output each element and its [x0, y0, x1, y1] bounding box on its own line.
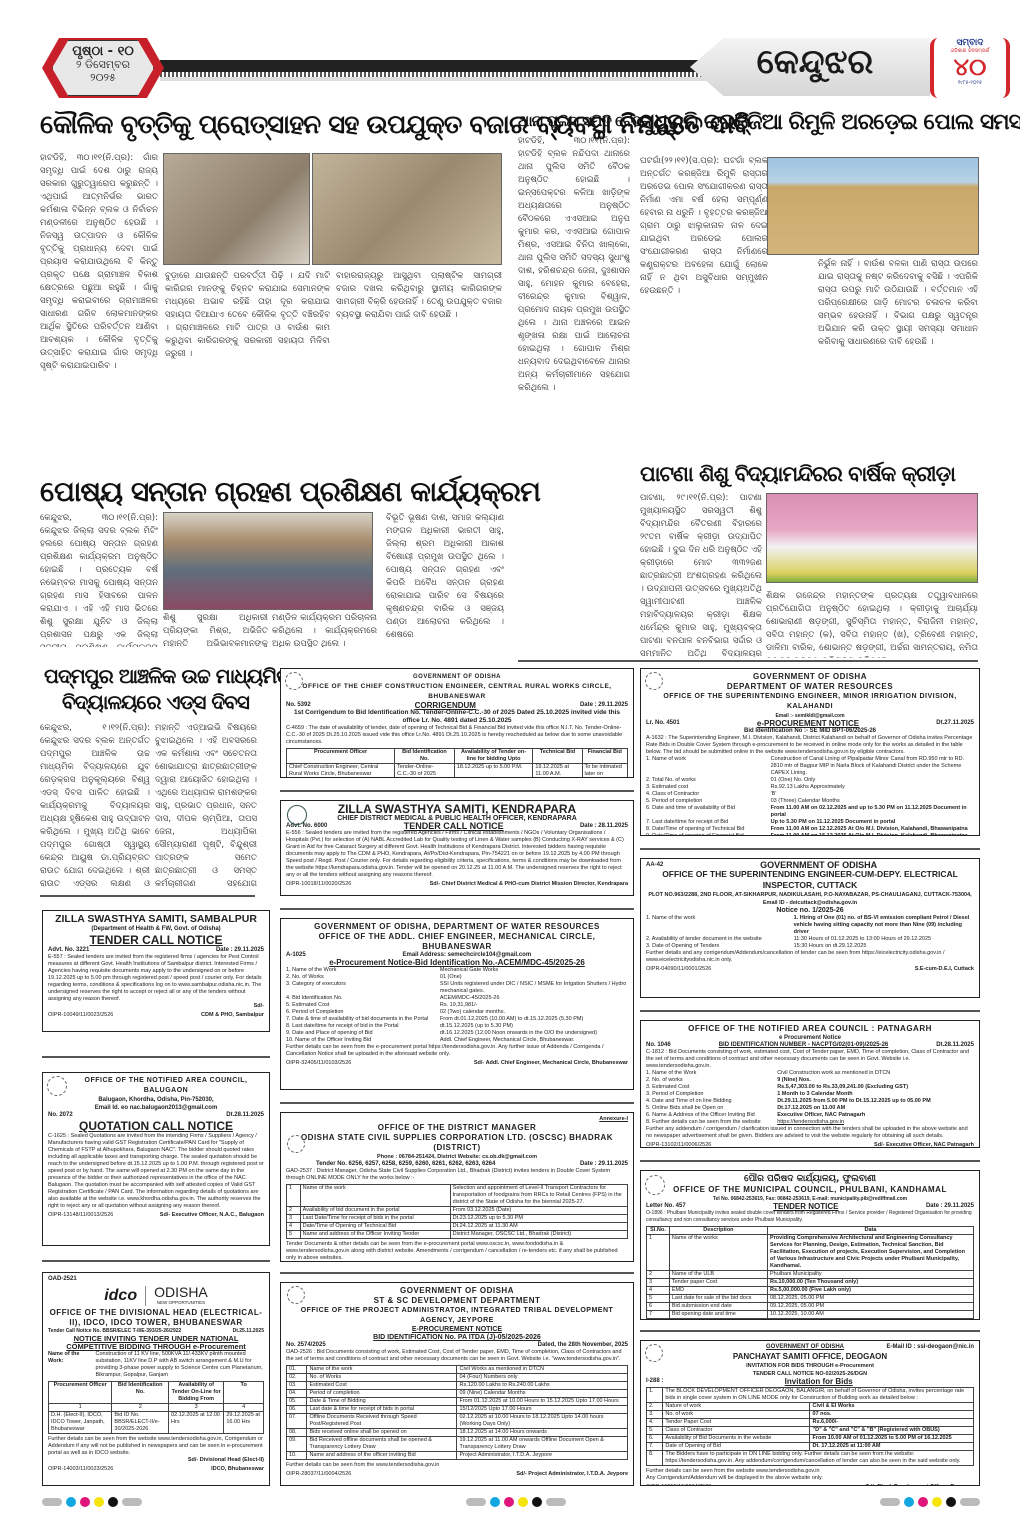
ad-work: Construction of 11 KV line, 500KVA 11/.4… — [96, 1351, 264, 1379]
logo-divider — [145, 1286, 146, 1306]
td: 2 — [647, 1271, 670, 1279]
article-kaulika-col3: ବାହାରରାଜ୍ୟରୁ ଆସୁଥିବା ପ୍ଲାଷ୍ଟିକ ସାମଗ୍ରୀ ବ… — [336, 270, 502, 462]
photo-bridge-road — [767, 157, 979, 255]
grey-mark — [960, 1498, 980, 1506]
td: 3 — [647, 1279, 670, 1287]
td: 05. — [287, 1398, 307, 1406]
td: Availability of bid document in the port… — [300, 1207, 450, 1215]
divider-right-4 — [640, 1330, 980, 1332]
ad-date: Dt.28.11.2025 — [226, 1112, 264, 1119]
ad-annex: Annexure-I — [286, 1116, 628, 1123]
kv-key: 6. Date and time of availability of Bid — [646, 805, 771, 819]
odisha-logo-text: ODISHA — [154, 1285, 208, 1299]
cyan-dot — [904, 1497, 914, 1507]
th: Technical Bid — [533, 749, 582, 764]
ad-date: Date : 29.11.2025 — [926, 1203, 974, 1210]
td: Name and address of the officer inviting… — [307, 1452, 457, 1460]
td: 09 (Nine) Calendar Months — [457, 1390, 628, 1398]
td: 4 — [647, 1287, 670, 1295]
td: 06. — [287, 1406, 307, 1414]
ad-office-line: PANCHAYAT SAMITI OFFICE, DEOGAON — [646, 1351, 974, 1362]
td: Name of the work — [300, 1185, 450, 1207]
ad-title: E-PROCUREMENT NOTICE — [286, 1326, 628, 1334]
kv-key: 2. No. of works — [646, 1077, 777, 1084]
ad-date: Dt.27.11.2025 — [936, 720, 974, 727]
ad-body: O-1896 : Phulbani Municipality invites s… — [646, 1210, 974, 1224]
td: 3 — [169, 1404, 224, 1412]
photo-training-hall — [163, 512, 373, 610]
article-kaulika-col1: ହାଟଡିହି, ୩୦।୧୧(ନି.ପ୍ର): ଗାଁର ସମୃଦ୍ଧି ପାଇ… — [40, 152, 158, 462]
grey-mark — [880, 1498, 900, 1506]
ad-title: TENDER NOTICE — [773, 1203, 838, 1210]
ad-subtitle: 1st Corrigendum to Bid Identification No… — [286, 709, 628, 725]
article-aids-day-col2: ମହାନ୍ତି ଏଡ୍‌ଆଇଭି ବିଷୟରେ ବୁଝାଇଥିଲେ । ଏହି … — [155, 722, 257, 892]
ad-sign: CDM & PHO, Sambalpur — [201, 1012, 264, 1019]
kv-val: Civil Construction work as mentioned in … — [777, 1070, 974, 1077]
kv-val: 'B' — [771, 791, 974, 798]
td: From 10.00 AM of 01.12.2025 to 5.00 PM o… — [810, 1435, 974, 1443]
kv-val: 02 (Two) calendar months. — [440, 1009, 628, 1016]
ad-office-line: OFFICE OF THE ADDL. CHIEF ENGINEER, MECH… — [286, 932, 628, 952]
article-adoption-col1: କେନ୍ଦୁଝର, ୩୦।୧୧(ନି.ପ୍ର): କେନ୍ଦୁଝର ଜିଲ୍ଲା… — [40, 512, 158, 647]
ad-title: Invitation for Bids — [785, 1378, 853, 1385]
divider-right-2 — [640, 1010, 980, 1012]
td: 5 — [647, 1295, 670, 1303]
td: Rs.5,00,000.00 (Five Lakh only) — [767, 1287, 973, 1295]
ad-idco-table: Procurement OfficerBid Identification No… — [48, 1381, 264, 1434]
headline-aids-day-line2: ବିଦ୍ୟାଳୟରେ ଏଡ୍‌ସ ଦିବସ — [62, 690, 249, 714]
kv-key: 1. Name of the Work — [646, 1070, 777, 1077]
ad-office-line: OFFICE OF THE PROJECT ADMINISTRATOR, INT… — [286, 1306, 628, 1326]
td: 04. — [287, 1390, 307, 1398]
ad-corp-line: ODISHA STATE CIVIL SUPPLIES CORPORATION … — [286, 1133, 628, 1153]
td: 15/12/2025 Upto 17.00 Hours — [457, 1406, 628, 1414]
article-adoption-col4: ମଣ୍ଡିଳ କାର୍ଯ୍ୟକ୍ରମ ପରିଚାଳନା କରିଥିଲେ । କା… — [272, 612, 377, 647]
ad-tender-no: Tender No. 6256, 6257, 6258, 6259, 6260,… — [316, 1161, 495, 1168]
ad-nac-patnagarh: OFFICE OF THE NOTIFIED AREA COUNCIL : PA… — [640, 1020, 980, 1148]
td: Nature of work — [663, 1403, 810, 1411]
kv-key: 4. Bid Identification No. — [286, 995, 440, 1002]
headline-aids-day-line1: ପଦ୍ମପୁର ଆଞ୍ଚଳିକ ଉଚ୍ଚ ମାଧ୍ୟମିକ — [44, 664, 290, 688]
ad-items: 1. Name of workConstruction of Canal Lin… — [646, 756, 974, 836]
kv-val: 01 (One) — [440, 974, 628, 981]
td: From 03.12.2025 (Date) — [450, 1207, 627, 1215]
kv-key: 6. Period of Completion — [286, 1009, 440, 1016]
article-adoption-col2: ଶିଶୁ ସୁରକ୍ଷା ଅଧିକାରୀ ପ୍ରିୟଙ୍କା ମିଶ୍ର, ଅଭ… — [163, 612, 268, 647]
td: Dt.24.12.2025 at 11.30 AM — [450, 1223, 627, 1231]
kv-val: Mechanical Gate Works — [440, 967, 628, 974]
kv-key: 9. Date and Place of opening of Bid — [286, 1030, 440, 1037]
ad-title: e-Procurement Notice-Bid Identification … — [286, 959, 628, 967]
ad-ref: A-1025 — [286, 952, 306, 959]
ad-gov-line: GOVERNMENT OF ODISHA — [760, 862, 877, 869]
td: Name of the ULB — [669, 1271, 767, 1279]
ad-title: CORRIGENDUM — [415, 702, 476, 709]
ad-bid-id: BID IDENTIFICATION NUMBER - NACPTG/02(01… — [719, 1042, 889, 1049]
ad-ref: AA-42 — [646, 862, 663, 869]
ad-sign: District Mission Director, Kendrapara — [531, 881, 628, 887]
td: Last date & time for receipt of bids in … — [307, 1406, 457, 1414]
ad-oscsc-table: 1Name of the workSelection and appointme… — [286, 1184, 628, 1239]
ad-address: Balugaon, Khordha, Odisha, Pin-752030, — [48, 1096, 264, 1104]
td: No. of work — [663, 1411, 810, 1419]
grey-mark — [42, 1498, 62, 1506]
ad-body: E-556 : Sealed tenders are invited from … — [286, 830, 628, 879]
kv-key: 6. Name & Address of the Officer Invitin… — [646, 1112, 777, 1119]
ad-sub1: INVITATION FOR BIDS THROUGH e-Procuremen… — [646, 1362, 974, 1370]
td: 5. — [647, 1427, 663, 1435]
ad-oipr: OIPR-13102/11/0006/2526 — [646, 1142, 711, 1148]
kv-val: Executive Officer, NAC Patnagarh — [777, 1112, 974, 1119]
ad-items: 1. Name of the WorkMechanical Gate Works… — [286, 967, 628, 1044]
ad-gov-line: GOVERNMENT OF ODISHA — [286, 1286, 628, 1296]
th: Procurement Officer — [49, 1382, 112, 1404]
magenta-dot — [504, 1497, 514, 1507]
td: Tender Paper Cost — [663, 1419, 810, 1427]
kv-val: Rs.5,47,303.00 to Rs.33,09,241.00 (Exclu… — [777, 1084, 974, 1091]
td: 2 — [287, 1207, 301, 1215]
divider-mid-4 — [280, 1272, 634, 1274]
ad-title: e-PROCUREMENT NOTICE — [757, 720, 859, 727]
registration-marks-center — [466, 1497, 566, 1507]
td: Date/Time of Opening of Technical Bid — [300, 1223, 450, 1231]
td: Executive Officer, Phulbani Municipality — [767, 1319, 973, 1321]
ad-office-line: OFFICE OF THE SUPERINTENDING ENGINEER-CU… — [646, 869, 974, 891]
kv-val: SSI Units registered under DIC / NSIC / … — [440, 981, 628, 995]
kv-key: 5. Online Bids shall be Open on — [646, 1105, 777, 1112]
ad-oipr: OIPR-13148/11/0013/2526 — [48, 1212, 113, 1219]
ad-office-line: OFFICE OF THE DISTRICT MANAGER — [286, 1123, 628, 1133]
td: Offline Documents Received through Speed… — [307, 1414, 457, 1429]
kv-val: Rs. 19,31,981/- — [440, 1002, 628, 1009]
td: 7. — [647, 1443, 663, 1451]
td: 09.12.2025, 05.00 PM — [767, 1303, 973, 1311]
td: 19.12.2025 at 11.00 AM onwards Offline D… — [457, 1437, 628, 1452]
article-police-meeting-body: ହାଟଡିହି, ୩୦।୧୧(ନି.ପ୍ର): ହାଟଡିହି ବ୍ଲକ ନନ୍… — [518, 135, 630, 650]
photo-bamboo-weaving — [312, 153, 502, 265]
td: Availability of Bid Documents in the web… — [663, 1435, 810, 1443]
kv-val: 1 Month to 3 Calendar Month — [777, 1091, 974, 1098]
th: Availability of Tender On-Line for Biddi… — [169, 1382, 224, 1404]
kv-val: 15:30 Hours on dt.29.12.2025 — [794, 943, 974, 950]
td: 6 — [647, 1303, 670, 1311]
td: 29.12.2025 at 16.00 Hrs — [224, 1412, 264, 1434]
th: Description — [669, 1227, 767, 1235]
td: Name and address of bid inviting officer — [669, 1319, 767, 1321]
td: Name and address of the Officer Inviting… — [300, 1231, 450, 1239]
divider-mid-2 — [280, 908, 634, 910]
yellow-dot — [94, 1497, 104, 1507]
page-number: ପୃଷ୍ଠା - ୧୦ — [53, 45, 153, 58]
kv-val: 03 (Three) Calendar Months — [771, 798, 974, 805]
ad-date: Date : 29.11.2025 — [216, 947, 264, 954]
td: Rs.6,000/- — [810, 1419, 974, 1427]
ad-body: OAD-2526 : Bid Documents consisting of w… — [286, 1349, 628, 1363]
anniversary-years: ୧୯୮୫-୨୦୨୫ — [934, 80, 1006, 86]
ad-bid-id: BID IDENTIFICATION No. PA ITDA (J)-05/20… — [286, 1334, 628, 1342]
td: 3 — [287, 1215, 301, 1223]
kv-key: 3. Estimated Cost — [646, 1084, 777, 1091]
ad-gov-line: GOVERNMENT OF ODISHA, DEPARTMENT OF WATE… — [286, 922, 628, 932]
ad-sign: Sd/- Addl. Chief Engineer, Mechanical Ci… — [474, 1060, 628, 1067]
kv-key: 5. Period of completion — [646, 798, 771, 805]
td: Bid submission end date — [669, 1303, 767, 1311]
td: Rs.120.00 Lakhs to Rs.240.00 Lakhs — [457, 1382, 628, 1390]
kv-key: 9. Date/Time of opening of Financial Bid — [646, 833, 771, 836]
ad-body: A-1632 : The Superintending Engineer, M.… — [646, 735, 974, 756]
ad-oipr: OIPR-10049/11/0023/2526 — [48, 1012, 113, 1019]
td: Class of Contractor — [663, 1427, 810, 1435]
ad-sign: Sd/- Divisional Head (Elect-II) — [48, 1457, 264, 1464]
ad-office-line: OFFICE OF THE NOTIFIED AREA COUNCIL, BAL… — [48, 1076, 264, 1096]
td: Providing Comprehensive Architectural an… — [767, 1235, 973, 1271]
td: 07. — [287, 1414, 307, 1429]
ad-sign: Sd/- Chief District Medical & PHO-cum — [430, 881, 530, 887]
ad-gov-line: GOVERNMENT OF ODISHA — [286, 672, 628, 682]
ad-oipr: OIPR-04090/11/0001/2526 — [646, 966, 711, 973]
magenta-dot — [918, 1497, 928, 1507]
ad-nac-balugaon: OFFICE OF THE NOTIFIED AREA COUNCIL, BAL… — [42, 1072, 270, 1246]
kv-key: 10. Name of the Officer Inviting Bid — [286, 1037, 440, 1044]
yellow-dot — [518, 1497, 528, 1507]
kv-key: 1. Name of the Work — [286, 967, 440, 974]
divider-mid-1 — [280, 790, 634, 792]
th: Sl.No. — [647, 1227, 670, 1235]
td: Tender paper Cost — [669, 1279, 767, 1287]
kv-val: dt.15.12.2025 (up to 5.30 PM) — [440, 1023, 628, 1030]
ad-office-line: OFFICE OF THE MUNICIPAL COUNCIL, PHULBAN… — [646, 1185, 974, 1195]
td: From 01.12.2025 at 10.00 Hours to 15.12.… — [457, 1398, 628, 1406]
td: Civil & El Works — [810, 1403, 974, 1411]
black-dot — [108, 1497, 118, 1507]
ad-notice-title: TENDER CALL NOTICE — [404, 823, 504, 830]
ad-sign: IDCO, Bhubaneswar — [211, 1466, 264, 1473]
photo-clay-pots — [163, 153, 310, 265]
td: Dt.23.12.2025 up to 5.30 PM — [450, 1215, 627, 1223]
magenta-dot — [80, 1497, 90, 1507]
anniversary-top: ସମ୍ବାଦ — [934, 38, 1006, 48]
kv-key: 4. Class of Contractor — [646, 791, 771, 798]
td: The BLOCK DEVELOPMENT OFFICER DEOGAON, B… — [663, 1388, 974, 1403]
cyan-dot — [490, 1497, 500, 1507]
photo-school-sports — [766, 493, 978, 583]
ad-subtitle: (Department of Health & FW, Govt. of Odi… — [48, 925, 264, 933]
ad-address: PLOT NO.963/2288, 2ND FLOOR, AT-SIKHARPU… — [646, 891, 974, 907]
divider-left-1 — [42, 1056, 270, 1058]
kv-val: Rs.92.13 Lakhs Approximately — [771, 784, 974, 791]
ad-body: E-557 : Sealed tenders are invited from … — [48, 954, 264, 1003]
kv-val: From 11.00 AM on 02.12.2025 and up to 5.… — [771, 805, 974, 819]
municipal-logo-icon — [645, 1175, 665, 1195]
divider-right-3 — [640, 1160, 980, 1162]
ad-further: Further any addendum / corrigendum / cla… — [646, 1126, 974, 1140]
divider-right-1 — [640, 848, 980, 850]
odisha-emblem-icon — [645, 672, 663, 690]
ad-bid-id: Bid Identification No :- SE MID BPT-06/2… — [646, 727, 974, 735]
headline-bridge-problem: ସୁଧୁରୁନି କରଞ୍ଜିଆ ରିମୁଳି ଅରଡ଼େଇ ପୋଲ ସମସ୍ୟ… — [640, 110, 1020, 135]
ad-further: Further details can be seen from the web… — [48, 1436, 264, 1457]
kv-key: 2. Availability of tender document in th… — [646, 936, 794, 943]
kv-val: From 11.00 AM on 15.12.2025 At O/o M.I. … — [771, 833, 974, 836]
td: 18.12.2025 at 14.00 Hours onwards — [457, 1429, 628, 1437]
td: 04 (Four) Numbers only — [457, 1374, 628, 1382]
ad-minor-irrigation-kalahandi: GOVERNMENT OF ODISHA DEPARTMENT OF WATER… — [640, 668, 980, 836]
td: Rs.10,000.00 (Ten Thousand only) — [767, 1279, 973, 1287]
ad-ref: OAD-2521 — [48, 1276, 77, 1283]
kv-key: 7. Last date/time for receipt of Bid — [646, 819, 771, 826]
kv-key: 2. No. of Works — [286, 974, 440, 981]
ad-letter-no: Letter No. 457 — [646, 1203, 686, 1210]
kv-val: Construction of Canal Lining of Pipalpad… — [771, 756, 974, 777]
grey-mark — [466, 1498, 486, 1506]
odisha-emblem-icon — [287, 1286, 305, 1304]
kv-val: https://tendersodisha.gov.in — [777, 1119, 974, 1126]
headline-police-meeting: ଥାନା ପୁଲିସ ସମିତି ବୈଠକ — [518, 112, 651, 130]
td: Name of the work — [307, 1366, 457, 1374]
td: 08. — [287, 1429, 307, 1437]
date-line-1: ୨ ଡିସେମ୍ବର — [53, 58, 153, 71]
ad-no: No. 5392 — [286, 702, 311, 709]
nac-logo-icon — [47, 1076, 67, 1096]
grey-mark — [122, 1498, 142, 1506]
td: Selection and appointment of Level-II Tr… — [450, 1185, 627, 1207]
divider-mid-3 — [280, 1102, 634, 1104]
ad-deogaon-table: 1.The BLOCK DEVELOPMENT OFFICER DEOGAON,… — [646, 1387, 974, 1466]
kv-key: 4. Date and Time of on line Bidding — [646, 1098, 777, 1105]
ad-zss-sambalpur: ZILLA SWASTHYA SAMITI, SAMBALPUR (Depart… — [42, 910, 270, 1032]
odisha-logo: ODISHANEW OPPORTUNITIES — [154, 1285, 208, 1306]
td: Bid Received offline documents shall be … — [307, 1437, 457, 1452]
td: 4 — [287, 1223, 301, 1231]
ad-body: C-4659 : The date of availability of ten… — [286, 725, 628, 746]
ad-zss-kendrapara: ZILLA SWASTHYA SAMITI, KENDRAPARA CHIEF … — [280, 800, 634, 896]
yellow-dot — [932, 1497, 942, 1507]
ad-itda-jeypore: GOVERNMENT OF ODISHA ST & SC DEVELOPMENT… — [280, 1282, 634, 1486]
kv-key: 8. Last date/time for receipt of bid in … — [286, 1023, 440, 1030]
td: "D" & "C" and "C" & "B" (Registered with… — [810, 1427, 974, 1435]
kv-key: 3. Period of Completion — [646, 1091, 777, 1098]
kv-key: 7. Date & time of availability of bid do… — [286, 1016, 440, 1023]
td: 4 — [224, 1404, 264, 1412]
ad-phone: Phone : 06784-251424, District Website: … — [286, 1153, 628, 1161]
article-aids-day-col1: କେନ୍ଦୁଝର, ୧।୧୨(ନି.ପ୍ର): କେନ୍ଦୁଝର ସଦର ବ୍ଲ… — [40, 722, 150, 892]
ad-items: 1. Name of the WorkCivil Construction wo… — [646, 1070, 974, 1126]
ad-oipr: OIPR-19259/11/0034/2526 — [646, 1484, 711, 1486]
td: 01. — [287, 1366, 307, 1374]
ad-water-resources-mechanical: GOVERNMENT OF ODISHA, DEPARTMENT OF WATE… — [280, 918, 634, 1090]
th: Procurement Officer — [287, 749, 395, 764]
ad-title: ZILLA SWASTHYA SAMITI, SAMBALPUR — [48, 914, 264, 925]
article-adoption-col3: ବିଭୂତି ଭୂଷଣ ଦାଶ, ସମାଜ କଲ୍ୟାଣ ମଙ୍ଗଳ ଅଧିକା… — [386, 512, 504, 647]
th: Data — [767, 1227, 973, 1235]
ad-dept-line: ST & SC DEVELOPMENT DEPARTMENT — [286, 1296, 628, 1306]
ad-sign: Sd/- Project Administrator, I.T.D.A. Jey… — [516, 1471, 628, 1478]
divider-left-aids — [40, 895, 255, 897]
ad-email: E-Mail ID : ssl-deogaon@nic.in — [886, 1344, 974, 1351]
odisha-emblem-icon — [285, 672, 303, 690]
td: 02. — [287, 1374, 307, 1382]
ad-further: Further details can be seen from the e-p… — [286, 1044, 628, 1058]
ad-notice-title: TENDER CALL NOTICE — [48, 933, 264, 947]
th: To — [224, 1382, 264, 1404]
td: Last Date/Time for receipt of bids in th… — [300, 1215, 450, 1223]
kv-key: 3. Date of Opening of Tenders — [646, 943, 794, 950]
th: Bid Identification No. — [395, 749, 455, 764]
ad-further: Further details can be seen from the www… — [286, 1462, 628, 1469]
td: D.H. (Elect-II), IDCO, IDCO Tower, Janpa… — [49, 1412, 112, 1434]
kv-key: 8. Date/Time of opening of Technical Bid — [646, 826, 771, 833]
td: 2. — [647, 1403, 663, 1411]
td: 5 — [287, 1231, 301, 1239]
td: EMD — [669, 1287, 767, 1295]
td: Bids received online shall be opened on — [307, 1429, 457, 1437]
ad-email: Email Id. eo nac.balugaon2013@gmail.com — [48, 1104, 264, 1112]
td: 3. — [647, 1411, 663, 1419]
kv-val: Dt.29.11.2025 from 5.00 PM to Dt.15.12.2… — [777, 1098, 974, 1105]
ad-sign: S.E-cum-D.E.I, Cuttack — [915, 966, 974, 973]
ad-title: QUOTATION CALL NOTICE — [48, 1119, 264, 1133]
kv-key: 1. Name of the work — [646, 915, 794, 936]
ad-idco: OAD-2521 idco ODISHANEW OPPORTUNITIES OF… — [42, 1272, 270, 1486]
ad-deogaon-panchayat: GOVERNMENT OF ODISHAE-Mail ID : ssl-deog… — [640, 1340, 980, 1486]
th: Bid Identification No. — [112, 1382, 169, 1404]
kv-val: dt.16.12.2025 (12.00 Noon onwards in the… — [440, 1030, 628, 1037]
kv-val: 9 (Nine) Nos. — [777, 1077, 974, 1084]
odisha-emblem-icon — [645, 1344, 663, 1362]
td: Bid ID No. BBSR/ELECT-II/e-30/2025-2026 — [112, 1412, 169, 1434]
ad-oscsc-bhadrak: Annexure-I OFFICE OF THE DISTRICT MANAGE… — [280, 1112, 634, 1262]
td: Tender-Online-C.C.-30 of 2025 — [395, 764, 455, 779]
td: 1 — [287, 1185, 301, 1207]
anniversary-logo: ସମ୍ବାଦ ଓଡ଼ିଶାର ଜନସମ୍ପର୍କ ୪୦ ୧୯୮୫-୨୦୨୫ — [930, 38, 1010, 98]
divider-right-top — [518, 660, 978, 662]
td: 7 — [647, 1311, 670, 1319]
article-bridge-col1: ଘଟଗାଁ(୨୨।୧୧)(ସ.ପ୍ର): ଘଟଗାଁ ବ୍ଲକ ଅନ୍ତର୍ଗତ… — [640, 155, 768, 415]
ad-notice-no: Notice no. 1/2025-26 — [646, 907, 974, 915]
anniversary-number: ୪୦ — [934, 54, 1006, 80]
td: 8. — [647, 1451, 663, 1466]
td: No. of Works — [307, 1374, 457, 1382]
ad-office-line: OFFICE OF THE DIVISIONAL HEAD (ELECTRICA… — [48, 1308, 264, 1328]
ad-body: GAD-2537 : District Manager, Odisha Stat… — [286, 1168, 628, 1182]
kv-val: 1. Hiring of One (01) no. of BS-VI emiss… — [794, 915, 974, 936]
kv-key: 8. Further details can be seen from the … — [646, 1119, 777, 1126]
headline-adoption-training: ପୋଷ୍ୟ ସନ୍ତାନ ଗ୍ରହଣ ପ୍ରଶିକ୍ଷଣ କାର୍ଯ୍ୟକ୍ରମ — [40, 475, 540, 509]
ad-date: Date : 28.11.2025 — [580, 823, 628, 830]
idco-logo: idco — [104, 1292, 137, 1299]
td: 1 — [647, 1235, 670, 1271]
td: Dt. 17.12.2025 at 11:00 AM — [810, 1443, 974, 1451]
td: 10. — [287, 1452, 307, 1460]
zss-logo-icon — [287, 805, 307, 825]
td: 6. — [647, 1435, 663, 1443]
black-dot — [946, 1497, 956, 1507]
kv-key: 2. Total No. of works — [646, 777, 771, 784]
ad-work-label: Name of the Work: — [48, 1351, 96, 1379]
ad-subtitle: e Procurement Notice — [646, 1034, 974, 1042]
td: Last date for sale of the bid docs — [669, 1295, 767, 1303]
kv-key: 3. Estimated cost — [646, 784, 771, 791]
ad-dept-line: DEPARTMENT OF WATER RESOURCES — [646, 682, 974, 692]
ad-date: Date : 29.11.2025 — [580, 1161, 628, 1168]
ad-sign: Sd/- Executive Officer, NAC Patnagarh — [874, 1142, 974, 1148]
ad-body: C-1625 : Sealed Quotations are invited f… — [48, 1133, 264, 1210]
ad-ref: I-288 : — [646, 1378, 663, 1385]
ad-no: No. 2574/2025 — [286, 1342, 326, 1349]
td: Project Administrator, I.T.D.A. Jeypore — [457, 1452, 628, 1460]
td: Civil Works as mentioned in DTCN — [457, 1366, 628, 1374]
kv-val: ACEM/MDC-45/2025-26 — [440, 995, 628, 1002]
